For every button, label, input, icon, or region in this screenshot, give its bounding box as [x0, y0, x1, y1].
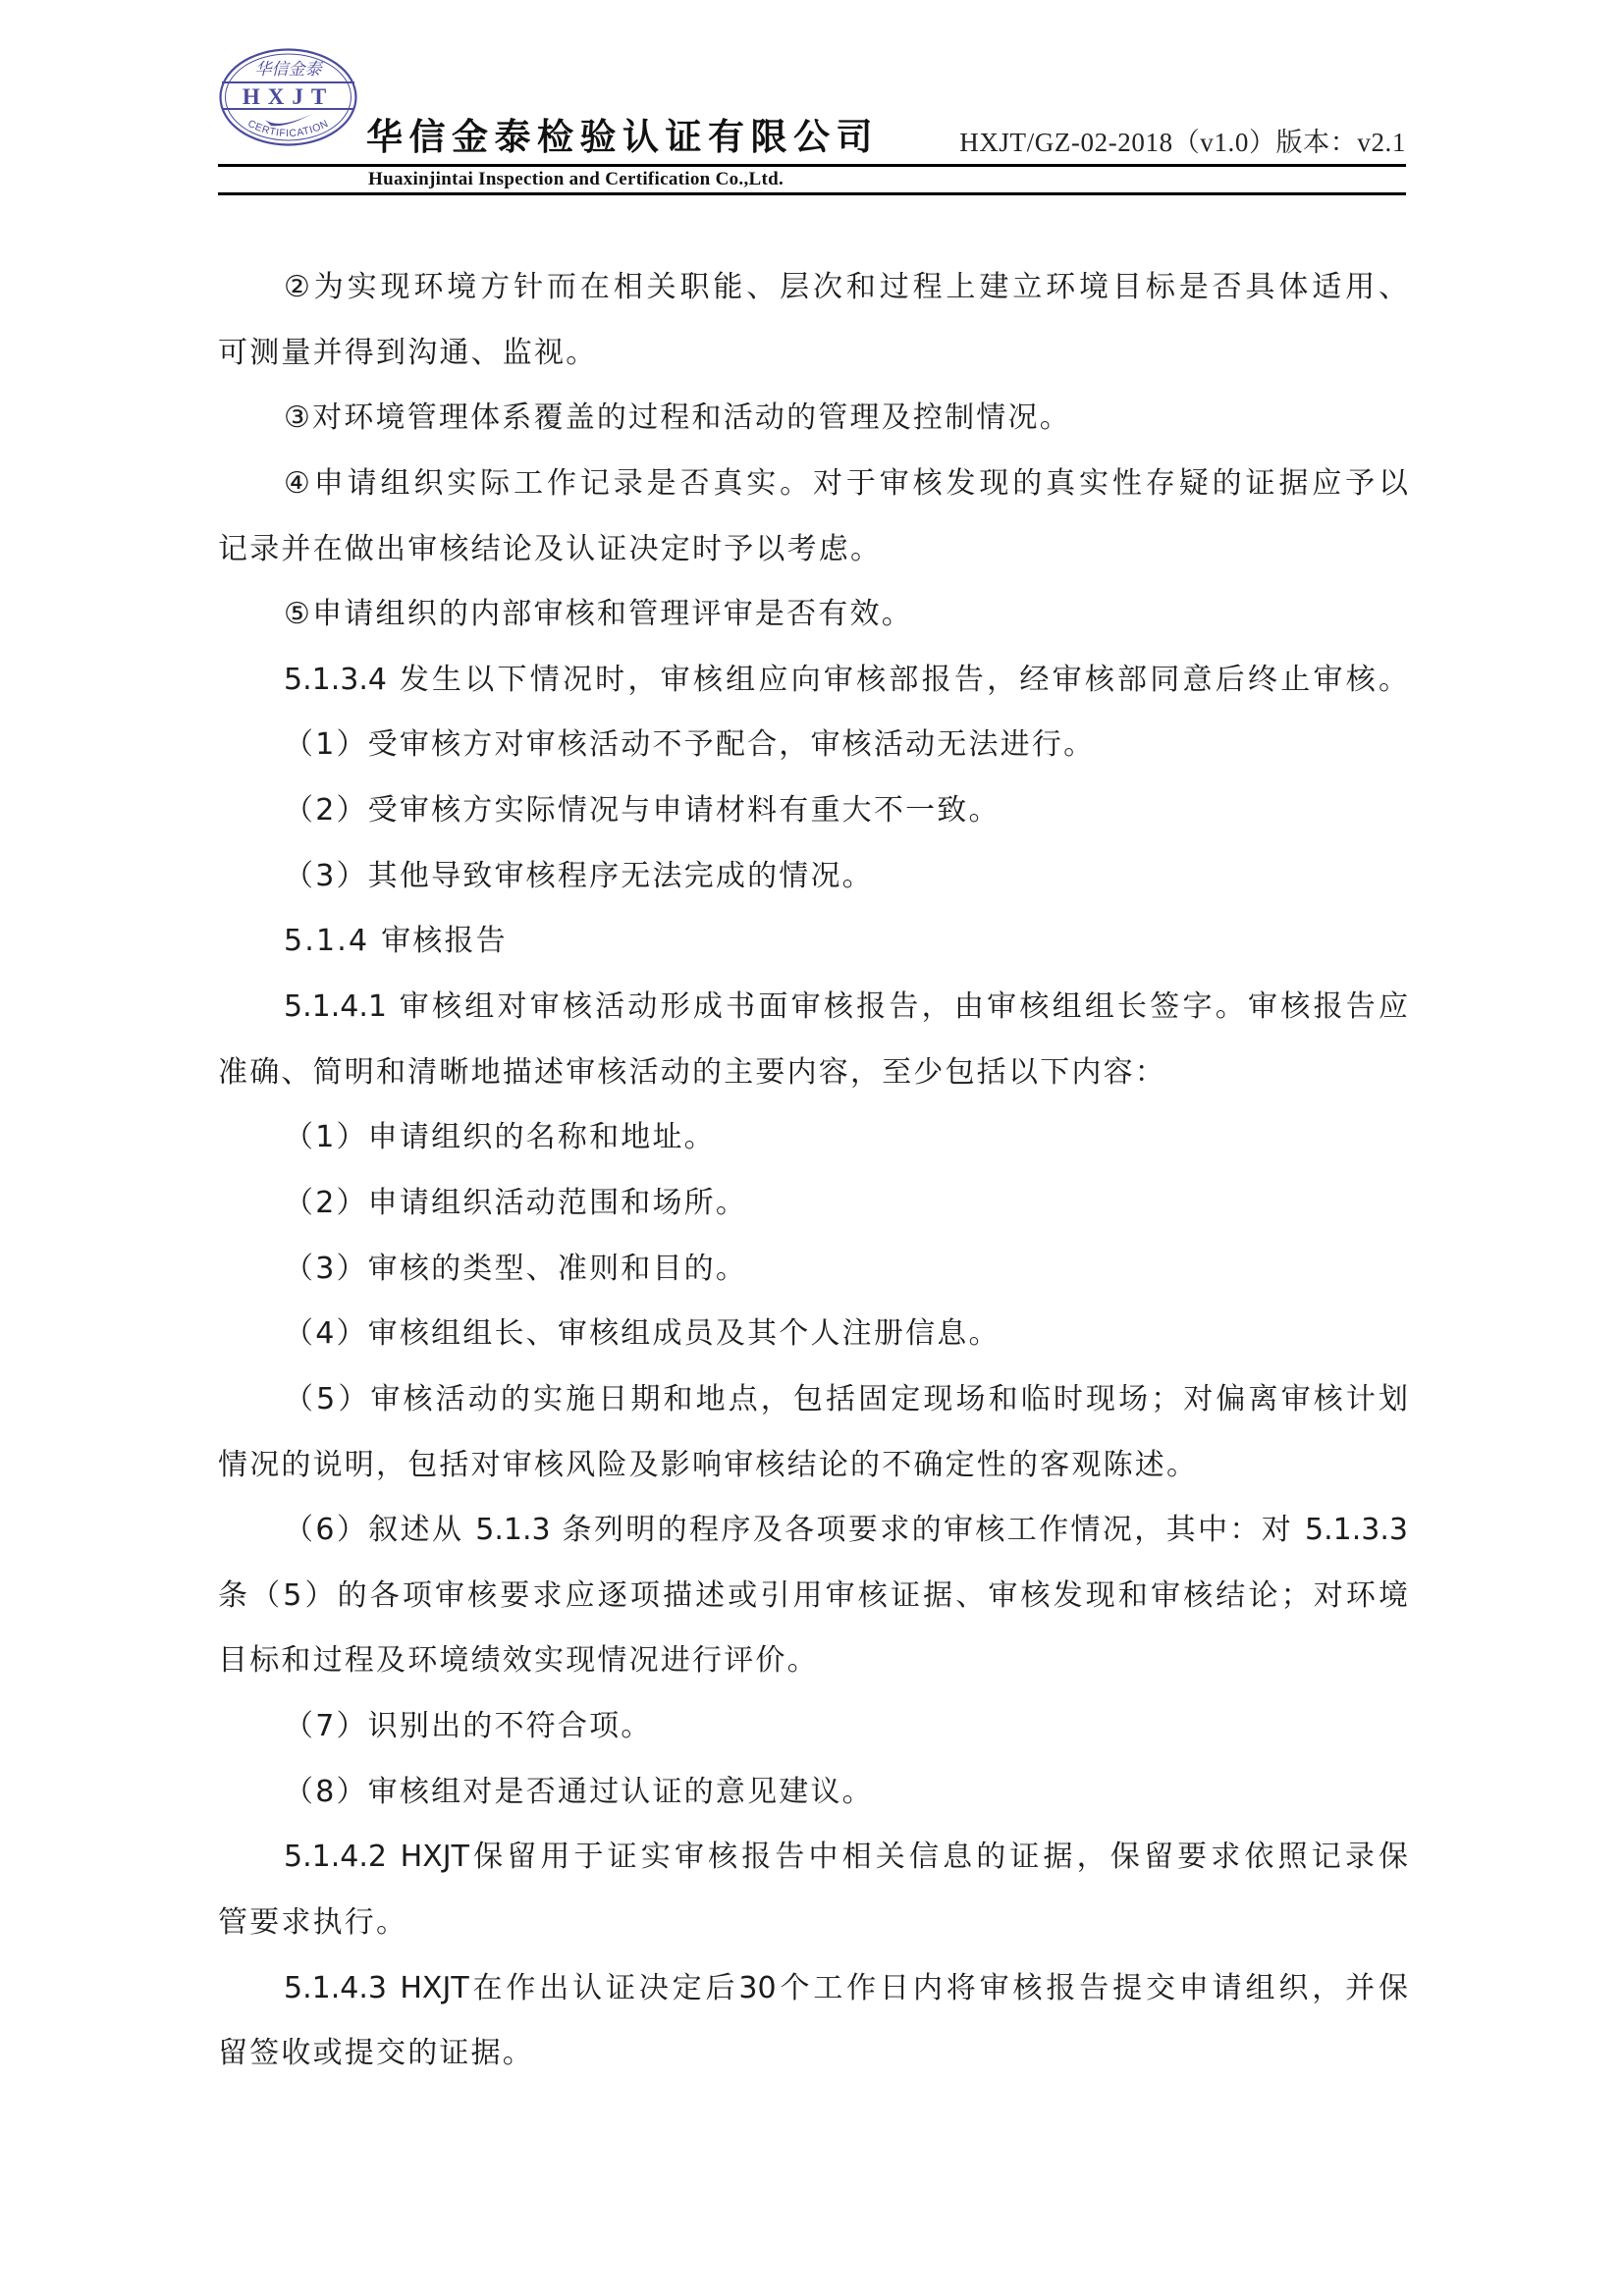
list-item: （2）受审核方实际情况与申请材料有重大不一致。 [218, 778, 1408, 844]
list-item: （8）审核组对是否通过认证的意见建议。 [218, 1760, 1408, 1826]
company-name-en: Huaxinjintai Inspection and Certificatio… [368, 168, 784, 191]
section-heading-line: 5.1.3.4 发生以下情况时，审核组应向审核部报告，经审核部同意后终止审核。 [218, 648, 1408, 714]
list-item: （6）叙述从 5.1.3 条列明的程序及各项要求的审核工作情况，其中：对 5.1… [218, 1498, 1408, 1564]
paragraph-line: 留签收或提交的证据。 [218, 2021, 1408, 2087]
paragraph-line: 准确、简明和清晰地描述审核活动的主要内容，至少包括以下内容： [218, 1041, 1408, 1106]
list-item-continuation: 条（5）的各项审核要求应逐项描述或引用审核证据、审核发现和审核结论；对环境 [218, 1564, 1408, 1629]
paragraph-line: 可测量并得到沟通、监视。 [218, 321, 1408, 387]
header-rule-bottom [218, 192, 1406, 195]
list-item: （7）识别出的不符合项。 [218, 1694, 1408, 1760]
company-name-cn: 华信金泰检验认证有限公司 [366, 114, 879, 159]
paragraph-line: 管要求执行。 [218, 1891, 1408, 1956]
list-item: （2）申请组织活动范围和场所。 [218, 1171, 1408, 1237]
svg-text:CERTIFICATION: CERTIFICATION [245, 118, 330, 139]
paragraph-line: 5.1.4.3 HXJT在作出认证决定后30个工作日内将审核报告提交申请组织，并… [218, 1956, 1408, 2022]
paragraph-line: ④申请组织实际工作记录是否真实。对于审核发现的真实性存疑的证据应予以 [218, 452, 1408, 517]
paragraph-line: 5.1.4.2 HXJT保留用于证实审核报告中相关信息的证据，保留要求依照记录保 [218, 1825, 1408, 1891]
company-logo: 华信金泰 HXJT CERTIFICATION [218, 47, 358, 147]
paragraph-line: ②为实现环境方针而在相关职能、层次和过程上建立环境目标是否具体适用、 [218, 255, 1408, 321]
header-rule-top [218, 164, 1406, 167]
list-item-continuation: 情况的说明，包括对审核风险及影响审核结论的不确定性的客观陈述。 [218, 1433, 1408, 1499]
page-header: 华信金泰 HXJT CERTIFICATION 华信金泰检验认证有限公司 HXJ… [218, 39, 1406, 201]
svg-text:华信金泰: 华信金泰 [255, 60, 324, 80]
paragraph-line: 5.1.4.1 审核组对审核活动形成书面审核报告，由审核组组长签字。审核报告应 [218, 975, 1408, 1041]
document-body: ②为实现环境方针而在相关职能、层次和过程上建立环境目标是否具体适用、 可测量并得… [218, 255, 1408, 2087]
list-item: （3）其他导致审核程序无法完成的情况。 [218, 844, 1408, 910]
document-page: 华信金泰 HXJT CERTIFICATION 华信金泰检验认证有限公司 HXJ… [0, 0, 1623, 2296]
paragraph-line: 记录并在做出审核结论及认证决定时予以考虑。 [218, 517, 1408, 583]
document-version: HXJT/GZ-02-2018（v1.0）版本：v2.1 [959, 127, 1406, 158]
certification-seal-icon: 华信金泰 HXJT CERTIFICATION [218, 47, 358, 147]
list-item: （1）受审核方对审核活动不予配合，审核活动无法进行。 [218, 713, 1408, 778]
svg-text:HXJT: HXJT [243, 84, 334, 109]
list-item-continuation: 目标和过程及环境绩效实现情况进行评价。 [218, 1629, 1408, 1694]
list-item: （4）审核组组长、审核组成员及其个人注册信息。 [218, 1302, 1408, 1367]
list-item: （1）申请组织的名称和地址。 [218, 1105, 1408, 1171]
paragraph-line: ③对环境管理体系覆盖的过程和活动的管理及控制情况。 [218, 386, 1408, 452]
section-heading: 5.1.4 审核报告 [218, 909, 1408, 975]
paragraph-line: ⑤申请组织的内部审核和管理评审是否有效。 [218, 582, 1408, 648]
list-item: （5）审核活动的实施日期和地点，包括固定现场和临时现场；对偏离审核计划 [218, 1367, 1408, 1433]
list-item: （3）审核的类型、准则和目的。 [218, 1237, 1408, 1303]
